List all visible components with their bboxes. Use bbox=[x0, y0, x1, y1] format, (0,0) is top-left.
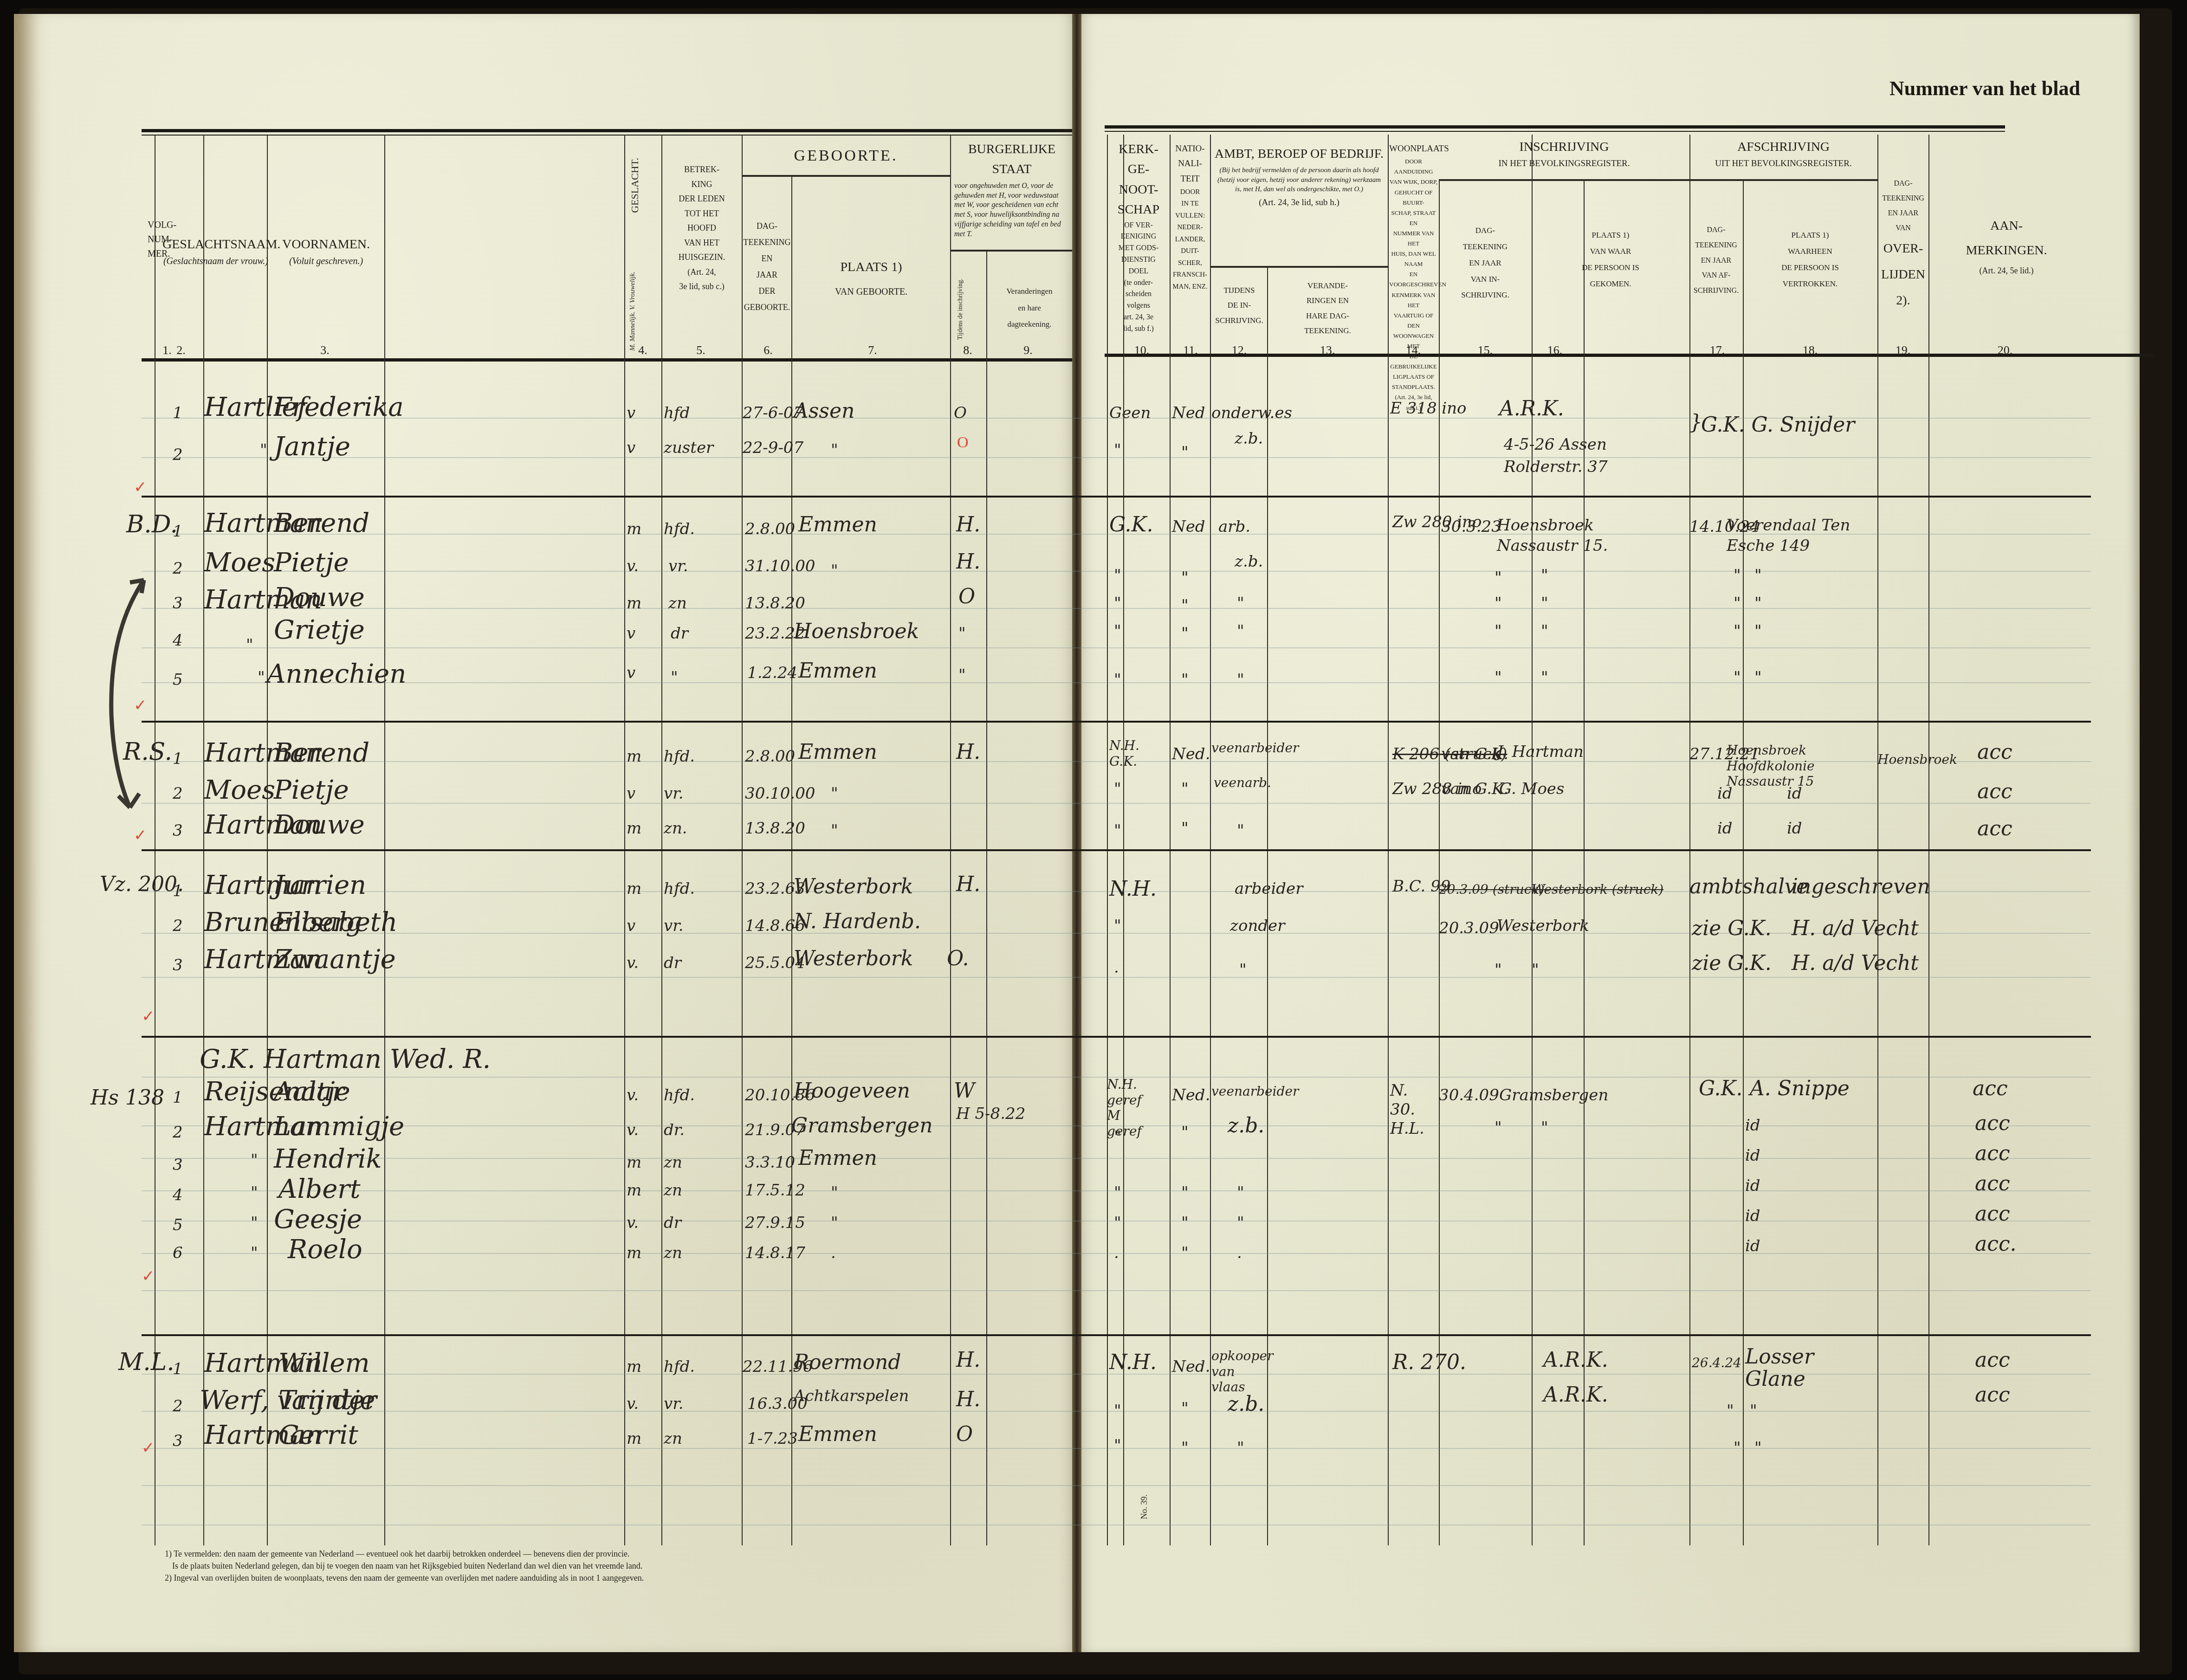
church: " bbox=[1114, 821, 1121, 840]
column-number: 6. bbox=[759, 343, 777, 357]
occupation: z.b. bbox=[1228, 1114, 1264, 1137]
sex: v. bbox=[627, 1086, 639, 1105]
inschrijving-date: " bbox=[1495, 594, 1502, 613]
header-line: VAARTUIG OF DEN bbox=[1389, 310, 1438, 331]
header-line: DAG- bbox=[1690, 223, 1742, 238]
header-line: lid, sub f.) bbox=[1108, 323, 1169, 335]
civil-status: O. bbox=[947, 947, 969, 970]
column-number: 12. bbox=[1230, 343, 1249, 357]
margin-annotation: Vz. 200. bbox=[100, 872, 184, 896]
header-overlijden: DAG- TEEKENING EN JAAR VAN OVER- LIJDEN … bbox=[1879, 176, 1928, 314]
col-divider bbox=[1388, 135, 1389, 1545]
header-ambt-group: AMBT, BEROEP OF BEDRIJF. (Bij het bedrij… bbox=[1211, 144, 1387, 210]
civil-status-change: H 5-8.22 bbox=[956, 1105, 1025, 1123]
header-ambt-tijdens: TIJDENS DE IN- SCHRIJVING. bbox=[1211, 283, 1267, 328]
birth-date: 1-7.23 bbox=[747, 1429, 798, 1448]
header-line: KENMERK VAN HET bbox=[1389, 290, 1438, 310]
header-tijdens-inschrijving: Tijdens de inschrijving. bbox=[957, 278, 964, 340]
relation: dr. bbox=[664, 1121, 685, 1139]
header-line: volgens bbox=[1108, 300, 1169, 312]
household-divider bbox=[142, 721, 2091, 723]
row-number: 1 bbox=[173, 1088, 183, 1107]
header-ambt-veranderingen: VERANDE- RINGEN EN HARE DAG- TEEKENING. bbox=[1268, 278, 1387, 338]
sex: m bbox=[627, 1244, 641, 1262]
remarks: acc bbox=[1975, 1142, 2010, 1165]
ruled-line bbox=[142, 803, 2091, 804]
birth-place: Westerbork bbox=[794, 947, 913, 970]
birth-place: Emmen bbox=[798, 1422, 877, 1446]
table-top-rule-left-thin bbox=[142, 135, 1072, 136]
header-line: MERKINGEN. bbox=[1930, 238, 2083, 263]
birth-place: N. Hardenb. bbox=[794, 910, 921, 933]
sex: v bbox=[627, 404, 635, 422]
afschrijving-place: H. a/d Vecht bbox=[1792, 951, 1919, 975]
relation: zn bbox=[664, 1153, 682, 1172]
civil-status: " bbox=[958, 624, 966, 643]
sex: v. bbox=[627, 1395, 639, 1413]
header-inschrijving-group: INSCHRIJVING IN HET BEVOLKINGSREGISTER. bbox=[1440, 137, 1689, 171]
given-name: Jurrien bbox=[274, 870, 366, 900]
header-line: HARE DAG- bbox=[1268, 309, 1387, 323]
header-note: (Bij het bedrijf vermelden of de persoon… bbox=[1211, 164, 1387, 196]
header-line: DUIT- bbox=[1171, 246, 1210, 258]
row-number: 2 bbox=[173, 1397, 183, 1415]
header-line: Veranderingen bbox=[988, 283, 1071, 300]
occupation: arbeider bbox=[1235, 879, 1303, 898]
church: " bbox=[1114, 622, 1121, 640]
header-geboorteplaats: PLAATS 1) VAN GEBOORTE. bbox=[793, 253, 950, 302]
civil-status: O bbox=[956, 1422, 973, 1446]
header-line: TOT HET bbox=[663, 207, 741, 221]
header-line: HUIS, DAN WEL NAAM bbox=[1389, 249, 1438, 269]
header-line: TEEKENING bbox=[1690, 238, 1742, 253]
header-burgerlijke-staat: BURGERLIJKE STAAT voor ongehuwden met O,… bbox=[951, 139, 1072, 239]
inschrijving-date: van G.K. bbox=[1441, 780, 1508, 798]
relation: zuster bbox=[664, 439, 713, 457]
relation: vr. bbox=[668, 557, 688, 575]
ruled-line bbox=[142, 1485, 2091, 1486]
remarks: acc bbox=[1977, 780, 2012, 803]
occupation: arb. bbox=[1218, 517, 1250, 536]
relation: hfd. bbox=[664, 1086, 695, 1105]
civil-status: " bbox=[958, 666, 966, 685]
occupation: opkooper van vlaas bbox=[1211, 1348, 1267, 1395]
col-divider bbox=[203, 135, 204, 1545]
surname: Moes bbox=[204, 548, 275, 578]
nationality: " bbox=[1181, 1399, 1189, 1418]
header-line: DOEL bbox=[1108, 266, 1169, 278]
remarks: acc bbox=[1977, 817, 2012, 840]
header-line: NOOT- bbox=[1108, 180, 1169, 200]
birth-place: Emmen bbox=[798, 740, 877, 764]
relation: hfd. bbox=[664, 520, 695, 538]
occupation: veenarbeider bbox=[1211, 740, 1267, 756]
header-afschrijving-plaats: PLAATS 1) WAARHEEN DE PERSOON IS VERTROK… bbox=[1744, 227, 1876, 292]
row-number: 3 bbox=[173, 1156, 183, 1174]
red-check-icon: ✓ bbox=[134, 696, 147, 715]
sex: m bbox=[627, 1153, 641, 1172]
birth-place: " bbox=[831, 441, 838, 459]
afschrijving-place: id bbox=[1787, 819, 1802, 838]
column-number: 11. bbox=[1181, 343, 1200, 357]
church: " bbox=[1114, 1436, 1121, 1455]
header-line: DAG- bbox=[1879, 176, 1928, 191]
row-number: 1 bbox=[173, 1360, 183, 1378]
row-number: 3 bbox=[173, 956, 183, 975]
margin-annotation: R.S. bbox=[123, 738, 172, 766]
red-check-icon: ✓ bbox=[134, 826, 147, 845]
col-divider bbox=[661, 135, 662, 1545]
remarks: acc. bbox=[1975, 1232, 2017, 1256]
header-geboortedatum: DAG- TEEKENING EN JAAR DER GEBOORTE. bbox=[743, 218, 791, 316]
red-check-icon: ✓ bbox=[142, 1267, 155, 1286]
civil-status: H. bbox=[956, 872, 980, 896]
birth-place: Emmen bbox=[798, 659, 877, 683]
birth-place: " bbox=[831, 784, 838, 803]
given-name: Pietje bbox=[274, 548, 349, 578]
remarks: acc bbox=[1977, 740, 2012, 764]
row-number: 1 bbox=[173, 522, 183, 541]
afschrijving-place: id bbox=[1787, 784, 1802, 803]
sex: v. bbox=[627, 557, 639, 575]
inschrijving-place: " bbox=[1541, 594, 1548, 613]
col-divider bbox=[624, 135, 625, 1545]
ruled-line bbox=[142, 977, 2091, 978]
header-line: VAN WIJK, DORP, bbox=[1389, 177, 1438, 187]
row-number: 6 bbox=[173, 1244, 183, 1262]
household-divider bbox=[142, 1334, 2091, 1336]
inschrijving-date: 20.3.09 bbox=[1439, 919, 1499, 937]
header-line: SCHER, bbox=[1171, 258, 1210, 270]
given-name: Geesje bbox=[274, 1204, 362, 1234]
address: R. 270. bbox=[1392, 1350, 1466, 1374]
afschrijving-date: " bbox=[1734, 594, 1741, 613]
column-number: 8. bbox=[958, 343, 977, 357]
given-name: Grietje bbox=[274, 615, 365, 645]
column-number: 5. bbox=[692, 343, 710, 357]
birth-place: " bbox=[831, 1183, 838, 1202]
column-number: 18. bbox=[1801, 343, 1819, 357]
row-number: 1 bbox=[173, 750, 183, 768]
header-line: (te onder- bbox=[1108, 278, 1169, 289]
birth-date: 30.10.00 bbox=[745, 784, 815, 803]
col-divider bbox=[384, 135, 385, 1545]
given-name: Aaltje bbox=[274, 1077, 350, 1107]
church: " bbox=[1114, 1214, 1121, 1232]
occupation: " bbox=[1237, 1214, 1244, 1232]
church: " bbox=[1114, 566, 1121, 585]
column-number: 17. bbox=[1708, 343, 1727, 357]
header-line: GE- bbox=[1108, 159, 1169, 179]
header-line: PLAATS 1) bbox=[793, 253, 950, 282]
church: N.H. G.K. bbox=[1109, 738, 1128, 769]
header-title: GESLACHTSNAAM. bbox=[162, 234, 269, 254]
header-line: STANDPLAATS. bbox=[1389, 382, 1438, 392]
inschrijving-date-struck: 20.3.09 (struck) bbox=[1439, 882, 1544, 897]
column-number: 16. bbox=[1546, 343, 1564, 357]
nationality: Ned. bbox=[1172, 745, 1210, 763]
header-title: INSCHRIJVING bbox=[1440, 137, 1689, 157]
margin-annotation: B.D. bbox=[126, 510, 178, 538]
afschrijving-place: " bbox=[1754, 668, 1762, 687]
afschrijving-place: H. a/d Vecht bbox=[1792, 917, 1919, 940]
header-line: EN JAAR bbox=[1879, 206, 1928, 221]
nationality: " bbox=[1181, 1183, 1189, 1202]
header-title: GEBOORTE. bbox=[743, 144, 949, 168]
row-number: 3 bbox=[173, 594, 183, 613]
nationality: " bbox=[1181, 1244, 1189, 1262]
nationality: Ned. bbox=[1172, 1086, 1210, 1105]
occupation: z.b. bbox=[1228, 1392, 1264, 1416]
relation: zn bbox=[664, 1429, 682, 1448]
ruled-line bbox=[142, 1158, 2091, 1159]
church: " bbox=[1114, 1128, 1121, 1146]
header-line: MAN, ENZ. bbox=[1171, 281, 1210, 293]
surname: " bbox=[260, 441, 267, 459]
header-line: VAN bbox=[1879, 221, 1928, 236]
header-line: NALI- bbox=[1171, 156, 1210, 171]
header-line: DE IN- bbox=[1211, 298, 1267, 313]
inschrijving-place: Gramsbergen bbox=[1499, 1086, 1608, 1105]
civil-status: H. bbox=[956, 740, 980, 764]
sex: v bbox=[627, 917, 635, 935]
birth-date: 17.5.12 bbox=[745, 1181, 805, 1200]
afschrijving-date: G.K. bbox=[1699, 1077, 1742, 1100]
inschrijving-place: 4-5-26 Assen Rolderstr. 37 bbox=[1504, 434, 1657, 478]
household-divider bbox=[142, 496, 2091, 498]
afschrijving-place: A. Snippe bbox=[1750, 1077, 1850, 1100]
header-geslacht: GESLACHT. bbox=[629, 158, 641, 213]
church: " bbox=[1114, 594, 1121, 613]
table-top-rule-right-thin bbox=[1105, 131, 2005, 132]
header-line: SCHAP bbox=[1108, 200, 1169, 220]
afschrijving-date: id bbox=[1717, 784, 1733, 803]
row-number: 2 bbox=[173, 784, 183, 803]
occupation: " bbox=[1239, 961, 1247, 979]
header-line: BETREK- bbox=[663, 162, 741, 177]
given-name: Hendrik bbox=[274, 1144, 382, 1174]
remarks: acc bbox=[1975, 1202, 2010, 1226]
afschrijving-date: " bbox=[1734, 566, 1741, 585]
header-line: DIENSTIG bbox=[1108, 254, 1169, 266]
footnote-2: 2) Ingeval van overlijden buiten de woon… bbox=[165, 1572, 644, 1584]
sex: v bbox=[627, 624, 635, 643]
col-divider bbox=[742, 135, 743, 1545]
header-line: HOOFD bbox=[663, 221, 741, 236]
header-line: DER LEDEN bbox=[663, 192, 741, 207]
col-divider bbox=[155, 135, 155, 1545]
birth-date: 31.10.00 bbox=[745, 557, 815, 575]
relation: zn bbox=[664, 1181, 682, 1200]
occupation: " bbox=[1237, 671, 1244, 689]
afschrijving-place: ingeschreven bbox=[1792, 875, 1930, 898]
header-subtitle: (Geslachtsnaam der vrouw.) bbox=[162, 254, 269, 269]
header-line: VAN HET bbox=[663, 236, 741, 251]
header-voornamen: VOORNAMEN. (Voluit geschreven.) bbox=[269, 234, 383, 269]
afschrijving-date: zie G.K. bbox=[1692, 917, 1772, 940]
col-divider bbox=[1123, 135, 1124, 1545]
header-subtitle: IN HET BEVOLKINGSREGISTER. bbox=[1440, 157, 1689, 170]
birth-place: Emmen bbox=[798, 513, 877, 536]
birth-place: Assen bbox=[794, 399, 854, 423]
column-number: 7. bbox=[863, 343, 882, 357]
header-line: KING bbox=[663, 177, 741, 192]
inschrijving-place: " bbox=[1541, 566, 1548, 585]
ambt-group-rule bbox=[1210, 266, 1388, 268]
header-line: WAARHEEN bbox=[1744, 244, 1876, 260]
birth-date: 2.8.00 bbox=[745, 520, 795, 538]
address: N. 30. H.L. bbox=[1390, 1081, 1436, 1138]
header-line: scheiden bbox=[1108, 289, 1169, 300]
given-name: Albert bbox=[278, 1174, 361, 1204]
header-line: TIJDENS bbox=[1211, 283, 1267, 298]
nationality: " bbox=[1181, 443, 1189, 462]
inschrijving-date: " bbox=[1495, 668, 1502, 687]
birth-date: 3.3.10 bbox=[745, 1153, 795, 1172]
given-name: Roelo bbox=[288, 1234, 362, 1265]
inschrijving-date: " bbox=[1495, 961, 1502, 979]
church: Geen bbox=[1109, 404, 1151, 422]
col-divider bbox=[1877, 135, 1878, 1545]
red-check-icon: ✓ bbox=[134, 478, 147, 497]
nationality: " bbox=[1181, 569, 1189, 587]
occupation: veenarbeider bbox=[1211, 1084, 1299, 1099]
header-line: art. 24, 3e bbox=[1108, 312, 1169, 323]
birth-date: 22-9-07 bbox=[743, 439, 803, 457]
afschrijving-place: Hoensbroek Hoofdkolonie Nassaustr 15 bbox=[1727, 743, 1875, 789]
row-number: 1 bbox=[173, 404, 183, 422]
church: N.H. bbox=[1109, 1350, 1157, 1374]
row-number: 3 bbox=[173, 821, 183, 840]
inschrijving-place: Hoensbroek Nassaustr 15. bbox=[1497, 515, 1618, 556]
remarks: acc bbox=[1975, 1348, 2010, 1372]
surname: " bbox=[251, 1244, 258, 1262]
margin-annotation: M.L. bbox=[118, 1348, 175, 1376]
birth-date: 27.9.15 bbox=[745, 1214, 805, 1232]
red-check-icon: ✓ bbox=[142, 1007, 155, 1026]
sex: v bbox=[627, 439, 635, 457]
birth-date: 13.8.20 bbox=[745, 594, 805, 613]
header-betrekking: BETREK- KING DER LEDEN TOT HET HOOFD VAN… bbox=[663, 162, 741, 294]
header-line: TEEKENING. bbox=[1268, 323, 1387, 338]
remarks: acc bbox=[1975, 1111, 2010, 1135]
header-line: TEEKENING bbox=[1879, 191, 1928, 206]
sex: m bbox=[627, 879, 641, 898]
row-number: 2 bbox=[173, 917, 183, 935]
civil-status: H. bbox=[956, 550, 980, 574]
given-name: Elisabeth bbox=[274, 907, 397, 937]
nationality: " bbox=[1181, 624, 1189, 643]
row-number: 2 bbox=[173, 446, 183, 464]
given-name: Frederika bbox=[274, 392, 404, 422]
surname: " bbox=[251, 1151, 258, 1170]
remarks: acc bbox=[1973, 1077, 2008, 1100]
nationality: " bbox=[1181, 1123, 1189, 1142]
col-divider bbox=[986, 251, 987, 1545]
occupation: onderw.es bbox=[1211, 404, 1292, 422]
civil-status: H. bbox=[956, 513, 980, 536]
header-nationaliteit: NATIO- NALI- TEIT DOOR IN TE VULLEN: NED… bbox=[1171, 142, 1210, 293]
col-divider bbox=[267, 135, 268, 1545]
civil-status: H. bbox=[956, 1388, 980, 1411]
header-geslachtsnaam: GESLACHTSNAAM. (Geslachtsnaam der vrouw.… bbox=[162, 234, 269, 269]
ruled-line bbox=[142, 1290, 2091, 1291]
civil-status: O bbox=[954, 404, 967, 422]
birth-place: Hoogeveen bbox=[794, 1079, 910, 1103]
header-line: TEEKENING bbox=[1440, 239, 1531, 255]
surname: " bbox=[251, 1214, 258, 1232]
afschrijving-group-rule bbox=[1689, 179, 1877, 181]
inschrijving-place: " bbox=[1532, 961, 1539, 979]
relation: " bbox=[671, 668, 678, 687]
table-top-rule-right bbox=[1105, 125, 2005, 129]
birth-place: Westerbork bbox=[794, 875, 913, 898]
column-number: 2. bbox=[172, 343, 190, 357]
header-line: VOLG- bbox=[148, 218, 166, 233]
col-divider bbox=[950, 135, 951, 1545]
header-line: NEDER- bbox=[1171, 222, 1210, 234]
birth-place: Hoensbroek bbox=[794, 620, 919, 643]
header-line: DAG- bbox=[1440, 223, 1531, 239]
given-name: Lammigje bbox=[274, 1111, 404, 1142]
occupation: z.b. bbox=[1235, 429, 1263, 448]
col-divider bbox=[791, 176, 792, 1545]
column-number: 20. bbox=[1996, 343, 2014, 357]
header-title: WOONPLAATS bbox=[1389, 142, 1438, 156]
sheet-number-label: Nummer van het blad bbox=[1889, 77, 2080, 100]
afschrijving-place: Losser Glane bbox=[1745, 1346, 1838, 1391]
header-title: BURGERLIJKE STAAT bbox=[951, 139, 1072, 180]
given-name: Trijntje bbox=[278, 1385, 375, 1415]
header-line: DOOR AANDUIDING bbox=[1389, 156, 1438, 177]
given-name: Douwe bbox=[274, 582, 365, 613]
header-line: GEHUCHT OF BUURT- bbox=[1389, 187, 1438, 208]
header-title: VOORNAMEN. bbox=[269, 234, 383, 254]
church: G.K. bbox=[1109, 513, 1153, 536]
birth-date: 1.2.24 bbox=[747, 664, 797, 682]
given-name: Willem bbox=[278, 1348, 370, 1378]
given-name: Jantje bbox=[274, 432, 350, 462]
column-number: 9. bbox=[1019, 343, 1037, 357]
ruled-line bbox=[142, 1525, 2091, 1525]
curved-arrow-icon bbox=[100, 575, 155, 817]
inschrijving-place: A.R.K. bbox=[1543, 1348, 1608, 1372]
birth-place: Gramsbergen bbox=[791, 1114, 933, 1137]
header-line: VAN AF- bbox=[1690, 268, 1742, 284]
header-line: EN VOORGESCHREVEN bbox=[1389, 269, 1438, 290]
church: " bbox=[1114, 441, 1121, 459]
header-line: OVER- bbox=[1879, 236, 1928, 262]
header-line: PLAATS 1) bbox=[1533, 227, 1689, 244]
relation: hfd. bbox=[664, 1357, 695, 1376]
header-line: JAAR bbox=[743, 267, 791, 283]
relation: vr. bbox=[664, 1395, 684, 1413]
header-woonplaats: WOONPLAATS DOOR AANDUIDING VAN WIJK, DOR… bbox=[1389, 142, 1438, 413]
column-number: 10. bbox=[1132, 343, 1151, 357]
church: " bbox=[1114, 1402, 1121, 1420]
inschrijving-place: " bbox=[1541, 1118, 1548, 1137]
header-line: HUISGEZIN. bbox=[663, 250, 741, 265]
birth-place: Roermond bbox=[794, 1350, 901, 1374]
column-number: 15. bbox=[1476, 343, 1495, 357]
relation: vr. bbox=[664, 917, 684, 935]
sex: v. bbox=[627, 954, 639, 972]
sex: m bbox=[627, 1357, 641, 1376]
geboorte-group-rule bbox=[742, 175, 950, 177]
header-line: DAG- bbox=[743, 218, 791, 234]
civil-status-red: O bbox=[957, 434, 969, 452]
red-check-icon: ✓ bbox=[142, 1439, 155, 1457]
